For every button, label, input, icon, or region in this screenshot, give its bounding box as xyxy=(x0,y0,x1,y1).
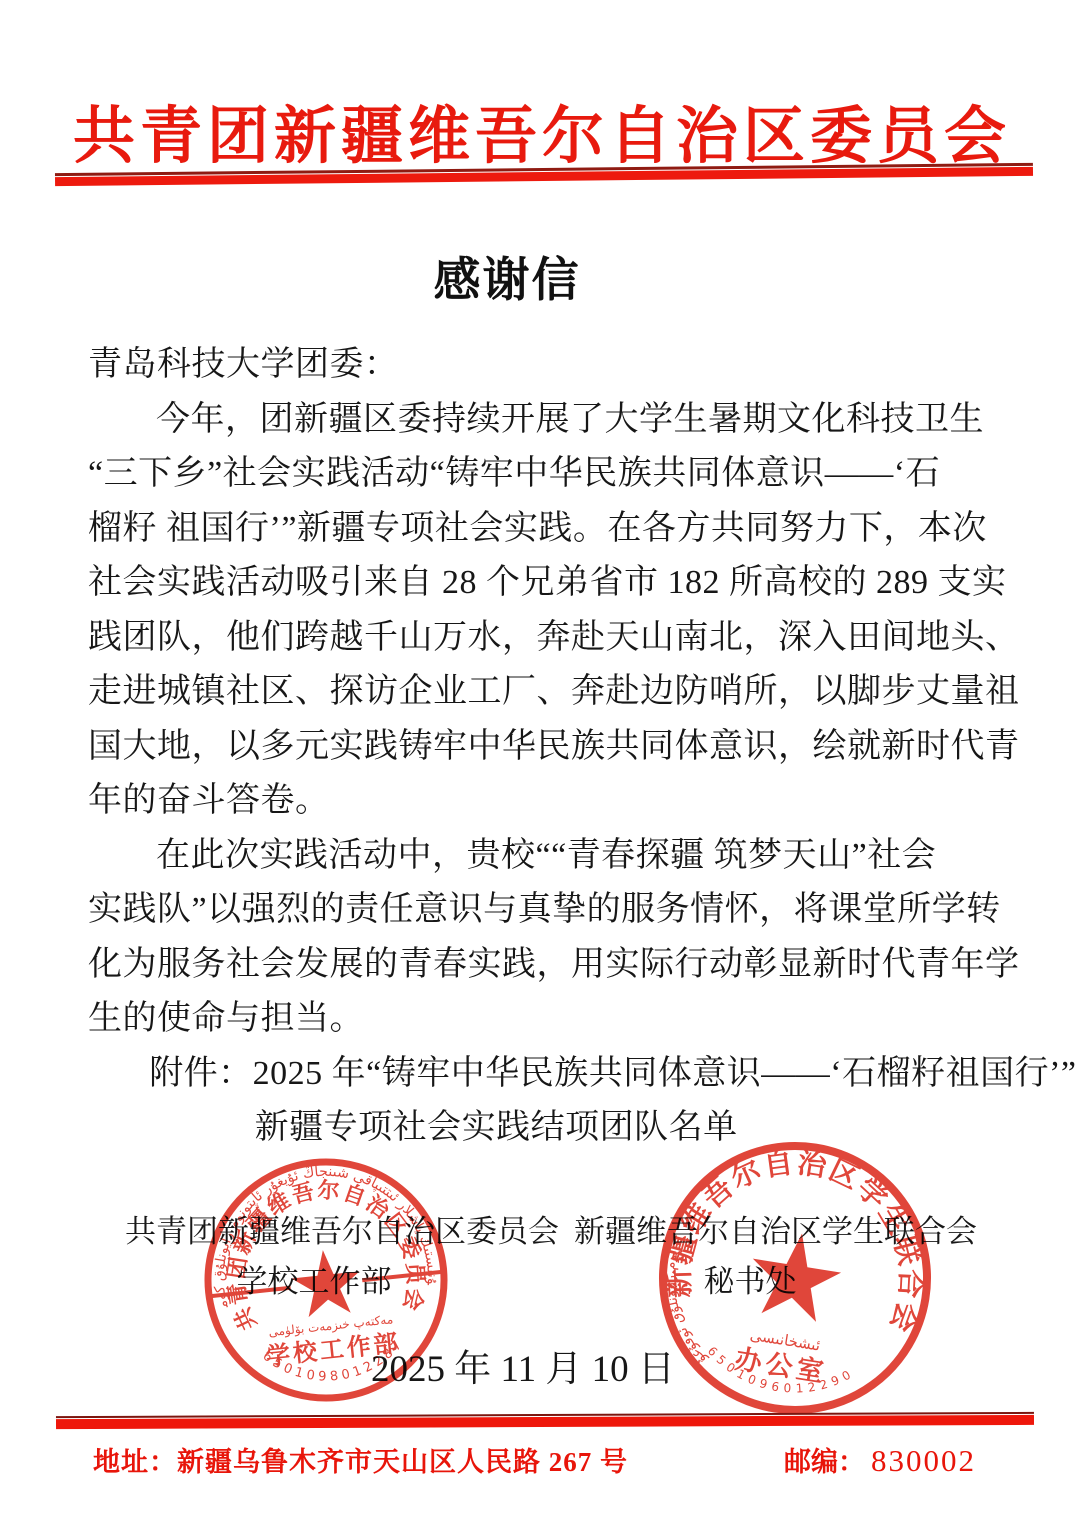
letter-body-line: 生的使命与担当。 xyxy=(88,992,988,1047)
official-seal-school-work-department: كوممۇنىستىك ياشلار ئىتتىپاقى شىنجاڭ ئۇيغ… xyxy=(179,1133,474,1428)
letter-body-line: 走进城镇社区、探访企业工厂、奔赴边防哨所，以脚步丈量祖 xyxy=(88,665,988,720)
letter-body-line: 在此次实践活动中，贵校““青春探疆 筑梦天山”社会 xyxy=(88,829,988,884)
letter-body-line: 榴籽 祖国行’”新疆专项社会实践。在各方共同努力下，本次 xyxy=(88,502,988,557)
letter-body-line: 践团队，他们跨越千山万水，奔赴天山南北，深入田间地头、 xyxy=(88,611,988,666)
letter-body-line: 年的奋斗答卷。 xyxy=(88,774,988,829)
letter-body-line: 附件：2025 年“铸牢中华民族共同体意识——‘石榴籽祖国行’” xyxy=(88,1047,988,1102)
letter-body-line: 今年，团新疆区委持续开展了大学生暑期文化科技卫生 xyxy=(88,393,988,448)
footer-postcode-label: 邮编： xyxy=(784,1447,865,1477)
footer-postcode-value: 830002 xyxy=(871,1443,976,1478)
letter-body-line: 社会实践活动吸引来自 28 个兄弟省市 182 所高校的 289 支实 xyxy=(88,556,988,611)
letter-body-line: 化为服务社会发展的青春实践，用实际行动彰显新时代青年学 xyxy=(88,938,988,993)
letter-body-line: “三下乡”社会实践活动“铸牢中华民族共同体意识——‘石 xyxy=(88,447,988,502)
official-seal-student-federation-office: 新疆维吾尔自治区学生联合会 شىنجاڭ ئۇيغۇر ئاپتونوم راي… xyxy=(623,1106,966,1449)
seal-star-icon xyxy=(745,1227,847,1325)
footer: 地址：新疆乌鲁木齐市天山区人民路 267 号 邮编：830002 xyxy=(93,1440,976,1479)
letter-body-line: 青岛科技大学团委： xyxy=(88,338,988,393)
footer-postcode: 邮编：830002 xyxy=(784,1440,976,1479)
letter-body: 青岛科技大学团委：今年，团新疆区委持续开展了大学生暑期文化科技卫生“三下乡”社会… xyxy=(88,338,988,1156)
letter-body-line: 实践队”以强烈的责任意识与真挚的服务情怀，将课堂所学转 xyxy=(88,883,988,938)
seal-star-icon xyxy=(289,1247,364,1319)
letter-title: 感谢信 xyxy=(0,243,1049,310)
letter-body-line: 国大地，以多元实践铸牢中华民族共同体意识，绘就新时代青 xyxy=(88,720,988,775)
footer-address: 地址：新疆乌鲁木齐市天山区人民路 267 号 xyxy=(93,1440,628,1479)
scanned-letter-page: 共青团新疆维吾尔自治区委员会 感谢信 青岛科技大学团委：今年，团新疆区委持续开展… xyxy=(0,0,1084,1528)
letterhead-org-name: 共青团新疆维吾尔自治区委员会 xyxy=(0,86,1084,175)
